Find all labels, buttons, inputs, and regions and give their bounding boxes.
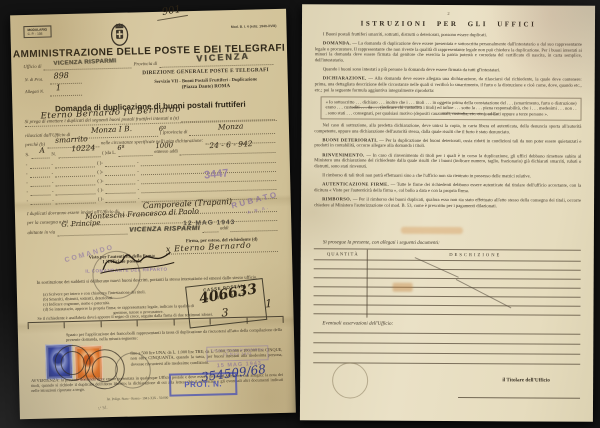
table-header-quantita: QUANTITÀ xyxy=(317,251,369,256)
model-reference: Mod. B. I. 4 (ediz. 1940-XVIII) xyxy=(231,24,277,29)
handwritten-folio-number: 901 xyxy=(155,3,188,21)
bond-s-label: S. xyxy=(25,153,29,159)
casse-handwritten-digit2: 1 xyxy=(265,297,273,310)
instructions-title: ISTRUZIONI PER GLI UFFICI xyxy=(302,19,595,29)
instruction-paragraph: Nel caso di sottrazione, alla predetta d… xyxy=(314,122,581,135)
instructions-body: I Buoni postali fruttiferi smarriti, sot… xyxy=(314,31,582,212)
casse-handwritten-digit: 3 xyxy=(221,306,229,319)
rust-smudge xyxy=(393,283,413,292)
ruled-line xyxy=(313,352,580,354)
date-stamp: 12 MAG 1943 xyxy=(183,219,235,227)
instruction-paragraph: Quando i buoni sono intestati a più pers… xyxy=(315,66,582,73)
instruction-paragraph: DOMANDA. — La domanda di duplicazione de… xyxy=(315,40,582,64)
page-number: 2 xyxy=(302,10,595,17)
province-label: Provincia di xyxy=(134,62,158,68)
attach-documents-line: Si prosegue la presente, con allegati i … xyxy=(323,240,440,246)
table-top-line xyxy=(314,248,581,250)
protocol-number-label: N. di Prot. xyxy=(25,77,44,82)
issued-series-handwriting: 6ª xyxy=(159,125,167,133)
instructions-page: 2 ISTRUZIONI PER GLI UFFICI I Buoni post… xyxy=(300,4,595,422)
scanned-postal-documents: MODULARIO C. P. - 108 Mod. B. I. 4 (ediz… xyxy=(0,0,600,428)
attachments-value: 1 xyxy=(56,83,62,92)
modulario-line2: C. P. - 108 xyxy=(28,32,48,36)
faint-oval-stamp: CASSE POSTALI DI RISPARMIO 15 MAG 1943 xyxy=(206,345,268,362)
titolare-signature-line xyxy=(458,397,580,399)
protocol-number-value: 898 xyxy=(53,71,69,81)
bond-number-hw: 10224 xyxy=(71,143,95,153)
bond-emesso-label: emesso addì xyxy=(154,150,178,156)
direzione-block: DIREZIONE GENERALE POSTE E TELEGRAFI Ser… xyxy=(129,67,281,92)
bond-amount-hw: 1000 xyxy=(155,141,173,150)
issued-province-handwriting: Monza xyxy=(218,121,244,131)
table-header-descrizione: DESCRIZIONE xyxy=(371,252,580,258)
ruled-line xyxy=(313,332,580,334)
instruction-paragraph: BUONI DETERIORATI. — Per la duplicazione… xyxy=(314,137,581,150)
tax-notice: Spazio per l'applicazione dei francoboll… xyxy=(66,327,282,343)
official-signature xyxy=(98,243,177,282)
attachments-label: Allegati N. xyxy=(25,89,44,94)
pencil-note: 1ª M. xyxy=(97,405,107,412)
instruction-paragraph: I Buoni postali fruttiferi smarriti, sot… xyxy=(315,31,582,38)
table-row xyxy=(314,277,581,279)
modulario-box: MODULARIO C. P. - 108 xyxy=(23,25,51,38)
instruction-paragraph: RINVENIMENTO. — In caso di rinvenimento … xyxy=(314,152,581,170)
addi-label: addì xyxy=(220,226,229,232)
pencil-scratch xyxy=(456,279,512,308)
address-label: abitante in via xyxy=(27,230,55,236)
bond-series-letter-hw: A xyxy=(39,146,45,155)
table-row xyxy=(314,295,581,297)
faded-orange-stamp xyxy=(401,227,463,234)
office-label: Ufficio di xyxy=(23,65,41,71)
instruction-paragraph: AUTENTICAZIONE FIRME. — Tutte le firme d… xyxy=(314,182,581,195)
instruction-paragraph: RIMBORSO. — Per il rimborso dei buoni du… xyxy=(314,196,581,209)
table-row xyxy=(314,304,581,306)
form-page: MODULARIO C. P. - 108 Mod. B. I. 4 (ediz… xyxy=(10,9,296,420)
bond-n-label: N. xyxy=(51,153,56,159)
bond-da-label: da L. xyxy=(106,151,116,157)
titolare-label: il Titolare dell'Ufficio xyxy=(470,377,582,384)
table-row xyxy=(313,313,580,315)
ruled-line xyxy=(313,342,580,344)
instruction-paragraph: DICHIARAZIONE. — Alla domanda deve esser… xyxy=(315,76,582,94)
faint-stamp-date: 15 MAG 1943 xyxy=(207,351,267,356)
issued-province-label: provincia di xyxy=(164,130,187,136)
table-row xyxy=(314,268,581,270)
instruction-paragraph: Il rimborso di tali titoli non potrà eff… xyxy=(314,172,581,179)
table-row xyxy=(314,286,581,288)
formula-box: « Io sottoscritto . . . dichiaro . . . i… xyxy=(320,96,581,120)
embossed-seal xyxy=(332,362,368,398)
bond-series-hw: 6ª xyxy=(117,144,125,152)
osservazioni-label: Eventuali osservazioni dell'Ufficio: xyxy=(322,321,393,326)
table-row xyxy=(314,259,581,261)
purple-number-stamp: 3447 xyxy=(204,167,230,181)
direzione-line3: (Piazza Dante) ROMA xyxy=(130,83,282,92)
